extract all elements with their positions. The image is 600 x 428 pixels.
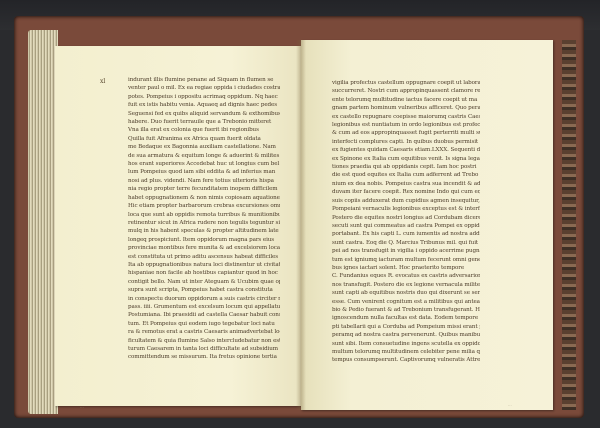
shelfmark-left: ... (80, 404, 84, 409)
manuscript-line: pti tabellarii qui a Corduba ad Pompeium… (332, 323, 480, 331)
manuscript-line: Postumiana. Ibi praesidii ad castella Ca… (128, 311, 280, 319)
manuscript-line: pass. iiii. Grumentum est excelsum locum… (128, 303, 280, 311)
page-stack-edge (28, 30, 58, 414)
manuscript-line: sunt sibi. Item consuetudine ingens scut… (332, 340, 480, 348)
manuscript-line: ignoscendum nulla facultas est data. Eod… (332, 314, 480, 322)
manuscript-line: tempus consumpserunt. Captivorumq vulner… (332, 356, 480, 364)
manuscript-line: committendum se missurum. Ita fretus opi… (128, 353, 280, 361)
manuscript-line: secuti sunt qui commeatus ad castra Pomp… (332, 222, 480, 230)
manuscript-line: sunt capti ab equitibus nostris duo qui … (332, 289, 480, 297)
folio-mark: xl (100, 78, 105, 85)
manuscript-line: Vna illa erat ex colonia que fuerit ibi … (128, 126, 280, 134)
manuscript-line: sunt castra. Eoq die Q. Marcius Tribunus… (332, 239, 480, 247)
manuscript-line: interfecti complures capti. In quibus du… (332, 138, 480, 146)
manuscript-line: turum Caesarem in tanta loci difficultat… (128, 345, 280, 353)
manuscript-line: C. Fundanius eques R. evocatus ex castri… (332, 272, 480, 280)
manuscript-line: Pompeiani vernaculis legionibus exceptus… (332, 205, 480, 213)
manuscript-line: Hic etiam propter barbarorum crebras exc… (128, 202, 280, 210)
manuscript-line: legionibus est nuntiatum in ordo legioni… (332, 121, 480, 129)
manuscript-line: ex castello repugnare coepisse maiorumq … (332, 113, 480, 121)
manuscript-line: lum Pompeius quod iam sibi eddita & ad i… (128, 168, 280, 176)
manuscript-line: peramq ad nostra castra pervenerunt. Qui… (332, 331, 480, 339)
manuscript-line: fuit ex istis habitu venia. Aquaeq ad di… (128, 101, 280, 109)
manuscript-line: loca que sunt ab oppidis remota turribus… (128, 211, 280, 219)
manuscript-line: tum est igniumq iacturam multum fecerunt… (332, 256, 480, 264)
manuscript-line: bio & Pedio fuerant & ad Trebonium trans… (332, 306, 480, 314)
manuscript-line: nia regio propter terre fecunditatem ino… (128, 185, 280, 193)
manuscript-line: multum telorumq multitudinem celebiter p… (332, 348, 480, 356)
manuscript-line: nium ex dea nobis. Pompeius castra sua i… (332, 180, 480, 188)
manuscript-line: Postero die equites nostri longius ad Co… (332, 214, 480, 222)
manuscript-line: gnam partem hominum vulneribus afficeret… (332, 104, 480, 112)
manuscript-line: venter paul o mil. Ex ea regiae oppida i… (128, 84, 280, 92)
manuscript-line: portabant. Ex his capti L. cum iumentis … (332, 230, 480, 238)
manuscript-line: provinciae montibus fere munita & ad exc… (128, 244, 280, 252)
manuscript-line: ente telorumq multitudine iactus facere … (332, 96, 480, 104)
manuscript-line: duvam iter facere coepit. Rex nomine Ind… (332, 188, 480, 196)
manuscript-line: indurant illis flumine penane ad Siquam … (128, 76, 280, 84)
manuscript-line: me Bedaque ex Bagonnia auxiliam castella… (128, 143, 280, 151)
manuscript-line: habet oppugnationem & non nimis copiosam… (128, 194, 280, 202)
manuscript-line: retinentur sicut in Africa rudere non te… (128, 219, 280, 227)
manuscript-line: supra sunt scripta, Pompeius habet castr… (128, 286, 280, 294)
manuscript-line: tum. Et Pompeius qui eodem iugo tegebatu… (128, 320, 280, 328)
manuscript-line: in conspectu duorum oppidorum a suis cas… (128, 295, 280, 303)
manuscript-line: est constituta ut primo aditu ascensus h… (128, 253, 280, 261)
manuscript-line: ex Spinone ex Italia cum equitibus venit… (332, 155, 480, 163)
manuscript-line: habere. Duo fuerit terrauile que a Trebo… (128, 118, 280, 126)
left-page-text: indurant illis flumine penane ad Siquam … (128, 76, 280, 362)
manuscript-line: ra & remotus erat a castris Caesaris ani… (128, 328, 280, 336)
manuscript-line: nos transfugit. Postero die ex legione v… (332, 281, 480, 289)
marbled-edge (562, 40, 576, 410)
manuscript-line: ficultatem & quia flumine Salso interclu… (128, 337, 280, 345)
manuscript-line: Seguensi fed ex quibs aliquid servandum … (128, 110, 280, 118)
right-page-text: vigilia profectus castellum oppugnare co… (332, 79, 480, 365)
manuscript-line: tiones praedia qui ab oppidanis cepit. I… (332, 163, 480, 171)
shelfmark-right: ... (508, 402, 512, 407)
manuscript-line: longeq prospiciunt. Item oppidorum magna… (128, 236, 280, 244)
manuscript-line: pei ad nos transfugit in vigilia i oppid… (332, 247, 480, 255)
manuscript-line: bus ignes iactari solent. Hoc praeterito… (332, 264, 480, 272)
manuscript-line: & cum ad eos appropinquasset fugit perte… (332, 129, 480, 137)
manuscript-line: contigit bello. Nam ut inter Ateguam & U… (128, 278, 280, 286)
manuscript-line: die est quod equites ex Italia cum adfer… (332, 171, 480, 179)
manuscript-line: Quilla fuit Afranima ex Africa quam fuer… (128, 135, 280, 143)
manuscript-line: mulq in his habent speculas & propter al… (128, 227, 280, 235)
book-gutter (296, 40, 306, 410)
manuscript-line: vigilia profectus castellum oppugnare co… (332, 79, 480, 87)
manuscript-line: de sua armatura & equitum longe & adueri… (128, 152, 280, 160)
manuscript-line: suis copiis adduxerat dum cupidius agmen… (332, 197, 480, 205)
manuscript-line: Ita ab oppugnationibus natura loci disti… (128, 261, 280, 269)
manuscript-line: succurreret. Nostri cum appropinquassent… (332, 87, 480, 95)
manuscript-line: hos erant superiores Accedebat huc ut lo… (128, 160, 280, 168)
manuscript-line: ex fugientes quidam Caesaris etiam.LXXX.… (332, 146, 480, 154)
manuscript-line: nosi ad plus. videndi. Nam fere totius u… (128, 177, 280, 185)
manuscript-line: esse. Cum venirent cognitum est a militi… (332, 298, 480, 306)
manuscript-line: hispaniae non facile ab hostibus capiant… (128, 269, 280, 277)
manuscript-line: potes. Pompeius i oppositu acrimaq oppid… (128, 93, 280, 101)
